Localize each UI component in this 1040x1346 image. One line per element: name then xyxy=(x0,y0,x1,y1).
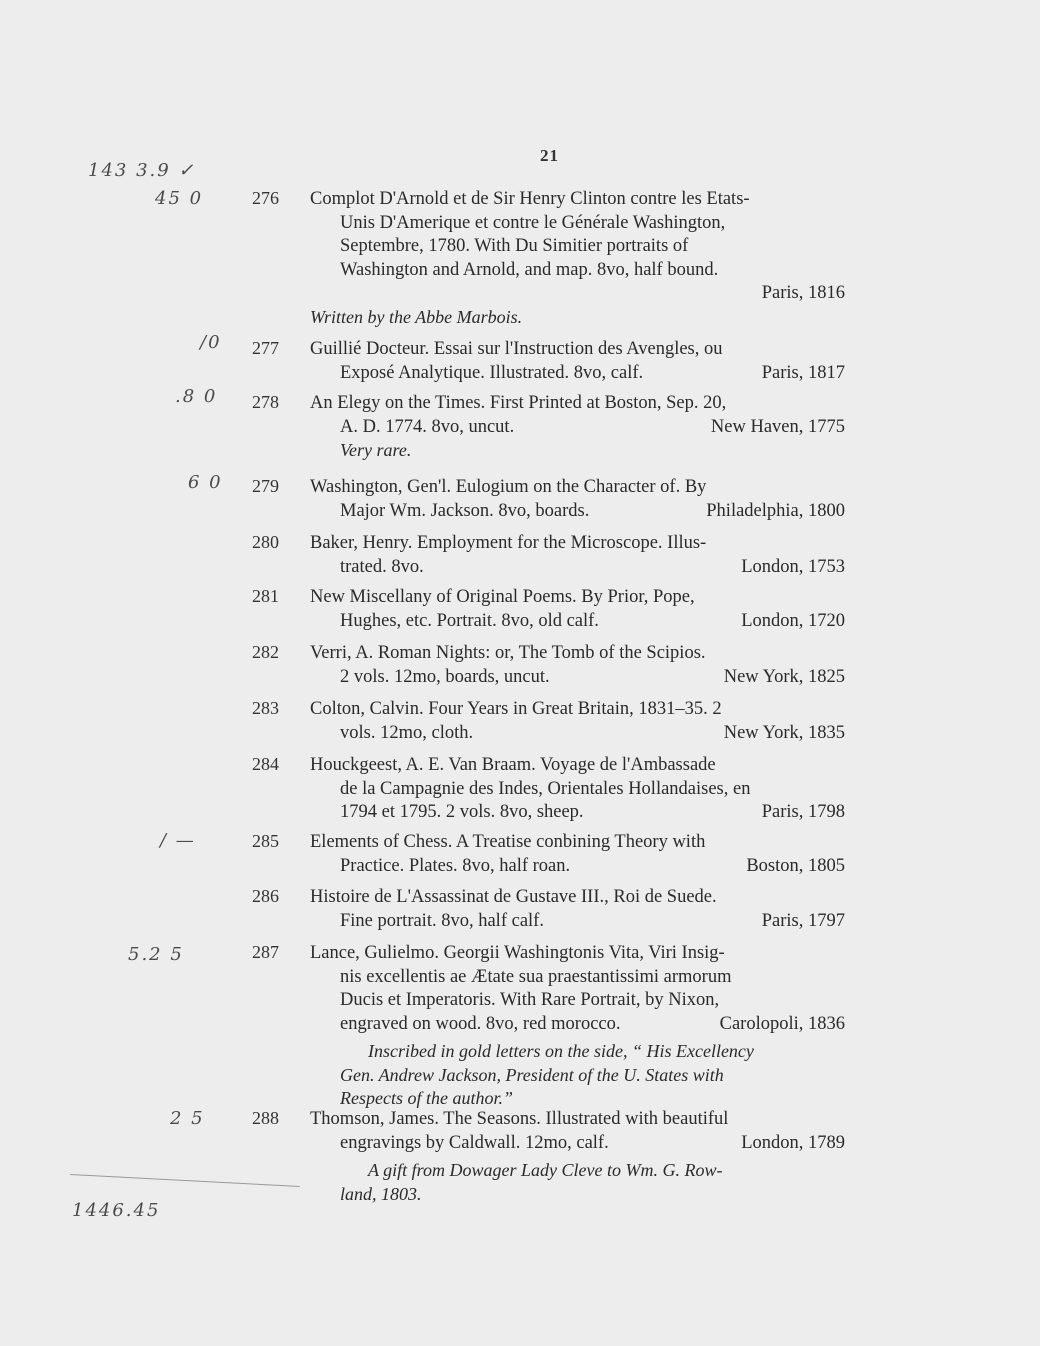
entry-line: Colton, Calvin. Four Years in Great Brit… xyxy=(310,698,845,722)
handwritten-mark-277: /0 xyxy=(200,332,222,353)
lot-number: 286 xyxy=(252,886,292,907)
handwritten-bottom-total: 1446.45 xyxy=(72,1200,160,1221)
page-number: 21 xyxy=(540,146,559,166)
lot-number: 277 xyxy=(252,338,292,359)
entry-line: Guillié Docteur. Essai sur l'Instruction… xyxy=(310,338,845,362)
entry-line: vols. 12mo, cloth. New York, 1835 xyxy=(310,722,845,746)
imprint: Philadelphia, 1800 xyxy=(706,500,845,524)
entry-note: Inscribed in gold letters on the side, “… xyxy=(310,1040,845,1111)
entry-body: Elements of Chess. A Treatise conbining … xyxy=(310,831,845,878)
pencil-underline xyxy=(70,1174,300,1187)
entry-note: Very rare. xyxy=(310,439,845,463)
entry-line: Complot D'Arnold et de Sir Henry Clinton… xyxy=(310,188,845,212)
entry-note-line: A gift from Dowager Lady Cleve to Wm. G.… xyxy=(340,1159,845,1183)
entry-line-text: Fine portrait. 8vo, half calf. xyxy=(340,910,544,934)
entry-line-text: trated. 8vo. xyxy=(340,556,424,580)
handwritten-mark-278: .8 0 xyxy=(175,386,217,407)
entry-line: engraved on wood. 8vo, red morocco. Caro… xyxy=(310,1013,845,1037)
entry-note: A gift from Dowager Lady Cleve to Wm. G.… xyxy=(310,1159,845,1206)
entry-line: trated. 8vo. London, 1753 xyxy=(310,556,845,580)
lot-number: 280 xyxy=(252,532,292,553)
imprint: London, 1789 xyxy=(741,1132,845,1156)
entry-note-line: Gen. Andrew Jackson, President of the U.… xyxy=(340,1064,845,1088)
lot-number: 281 xyxy=(252,586,292,607)
entry-line-text: Hughes, etc. Portrait. 8vo, old calf. xyxy=(340,610,599,634)
entry-body: Guillié Docteur. Essai sur l'Instruction… xyxy=(310,338,845,385)
imprint: London, 1753 xyxy=(741,556,845,580)
handwritten-mark-276: 45 0 xyxy=(155,188,203,209)
lot-number: 284 xyxy=(252,754,292,775)
entry-line: A. D. 1774. 8vo, uncut. New Haven, 1775 xyxy=(310,416,845,440)
imprint: Paris, 1798 xyxy=(762,801,845,825)
entry-body: Colton, Calvin. Four Years in Great Brit… xyxy=(310,698,845,745)
imprint: New York, 1825 xyxy=(724,666,845,690)
entry-line: Baker, Henry. Employment for the Microsc… xyxy=(310,532,845,556)
entry-line: engravings by Caldwall. 12mo, calf. Lond… xyxy=(310,1132,845,1156)
entry-line-text: vols. 12mo, cloth. xyxy=(340,722,473,746)
entry-line: Verri, A. Roman Nights: or, The Tomb of … xyxy=(310,642,845,666)
entry-note-line: Respects of the author.” xyxy=(340,1087,845,1111)
entry-line-text: 2 vols. 12mo, boards, uncut. xyxy=(340,666,550,690)
entry-line: 1794 et 1795. 2 vols. 8vo, sheep. Paris,… xyxy=(310,801,845,825)
entry-line: Practice. Plates. 8vo, half roan. Boston… xyxy=(310,855,845,879)
imprint: Carolopoli, 1836 xyxy=(720,1013,845,1037)
entry-note: Written by the Abbe Marbois. xyxy=(310,306,845,330)
entry-body: Baker, Henry. Employment for the Microsc… xyxy=(310,532,845,579)
entry-body: Houckgeest, A. E. Van Braam. Voyage de l… xyxy=(310,754,845,825)
entry-body: New Miscellany of Original Poems. By Pri… xyxy=(310,586,845,633)
entry-body: An Elegy on the Times. First Printed at … xyxy=(310,392,845,463)
entry-line: Unis D'Amerique et contre le Générale Wa… xyxy=(310,212,845,236)
entry-line: Washington, Gen'l. Eulogium on the Chara… xyxy=(310,476,845,500)
entry-line: Thomson, James. The Seasons. Illustrated… xyxy=(310,1108,845,1132)
lot-number: 276 xyxy=(252,188,292,209)
entry-line: An Elegy on the Times. First Printed at … xyxy=(310,392,845,416)
entry-line: Hughes, etc. Portrait. 8vo, old calf. Lo… xyxy=(310,610,845,634)
imprint: Paris, 1817 xyxy=(762,362,845,386)
handwritten-top-total: 143 3.9 ✓ xyxy=(88,160,196,181)
imprint: Paris, 1797 xyxy=(762,910,845,934)
entry-line: New Miscellany of Original Poems. By Pri… xyxy=(310,586,845,610)
entry-line: de la Campagnie des Indes, Orientales Ho… xyxy=(310,778,845,802)
lot-number: 283 xyxy=(252,698,292,719)
lot-number: 287 xyxy=(252,942,292,963)
entry-line-text: Major Wm. Jackson. 8vo, boards. xyxy=(340,500,589,524)
lot-number: 278 xyxy=(252,392,292,413)
entry-line: 2 vols. 12mo, boards, uncut. New York, 1… xyxy=(310,666,845,690)
entry-line: Fine portrait. 8vo, half calf. Paris, 17… xyxy=(310,910,845,934)
imprint: New Haven, 1775 xyxy=(711,416,845,440)
entry-line-text: A. D. 1774. 8vo, uncut. xyxy=(340,416,514,440)
entry-line-text: Exposé Analytique. Illustrated. 8vo, cal… xyxy=(340,362,643,386)
lot-number: 285 xyxy=(252,831,292,852)
entry-line: Ducis et Imperatoris. With Rare Portrait… xyxy=(310,989,845,1013)
lot-number: 282 xyxy=(252,642,292,663)
entry-line: Septembre, 1780. With Du Simitier portra… xyxy=(310,235,845,259)
entry-line: Exposé Analytique. Illustrated. 8vo, cal… xyxy=(310,362,845,386)
handwritten-mark-288: 2 5 xyxy=(170,1108,205,1129)
handwritten-mark-279: 6 0 xyxy=(188,472,223,493)
entry-line: Elements of Chess. A Treatise conbining … xyxy=(310,831,845,855)
imprint: London, 1720 xyxy=(741,610,845,634)
lot-number: 279 xyxy=(252,476,292,497)
imprint: Boston, 1805 xyxy=(746,855,845,879)
entry-line: Major Wm. Jackson. 8vo, boards. Philadel… xyxy=(310,500,845,524)
entry-note-line: land, 1803. xyxy=(340,1183,845,1207)
entry-body: Complot D'Arnold et de Sir Henry Clinton… xyxy=(310,188,845,329)
imprint: Paris, 1816 xyxy=(310,282,845,306)
entry-body: Verri, A. Roman Nights: or, The Tomb of … xyxy=(310,642,845,689)
handwritten-mark-285: / — xyxy=(160,830,196,851)
entry-line: Lance, Gulielmo. Georgii Washingtonis Vi… xyxy=(310,942,845,966)
lot-number: 288 xyxy=(252,1108,292,1129)
handwritten-mark-287: 5.2 5 xyxy=(128,944,184,965)
entry-body: Washington, Gen'l. Eulogium on the Chara… xyxy=(310,476,845,523)
entry-line: Houckgeest, A. E. Van Braam. Voyage de l… xyxy=(310,754,845,778)
imprint: New York, 1835 xyxy=(724,722,845,746)
entry-body: Thomson, James. The Seasons. Illustrated… xyxy=(310,1108,845,1206)
entry-note-line: Inscribed in gold letters on the side, “… xyxy=(340,1040,845,1064)
entry-line-text: engraved on wood. 8vo, red morocco. xyxy=(340,1013,621,1037)
entry-line-text: 1794 et 1795. 2 vols. 8vo, sheep. xyxy=(340,801,584,825)
entry-line: Washington and Arnold, and map. 8vo, hal… xyxy=(310,259,845,283)
entry-body: Histoire de L'Assassinat de Gustave III.… xyxy=(310,886,845,933)
entry-line-text: Practice. Plates. 8vo, half roan. xyxy=(340,855,570,879)
entry-body: Lance, Gulielmo. Georgii Washingtonis Vi… xyxy=(310,942,845,1111)
entry-line: Histoire de L'Assassinat de Gustave III.… xyxy=(310,886,845,910)
entry-line-text: engravings by Caldwall. 12mo, calf. xyxy=(340,1132,609,1156)
entry-line: nis excellentis ae Ætate sua praestantis… xyxy=(310,966,845,990)
